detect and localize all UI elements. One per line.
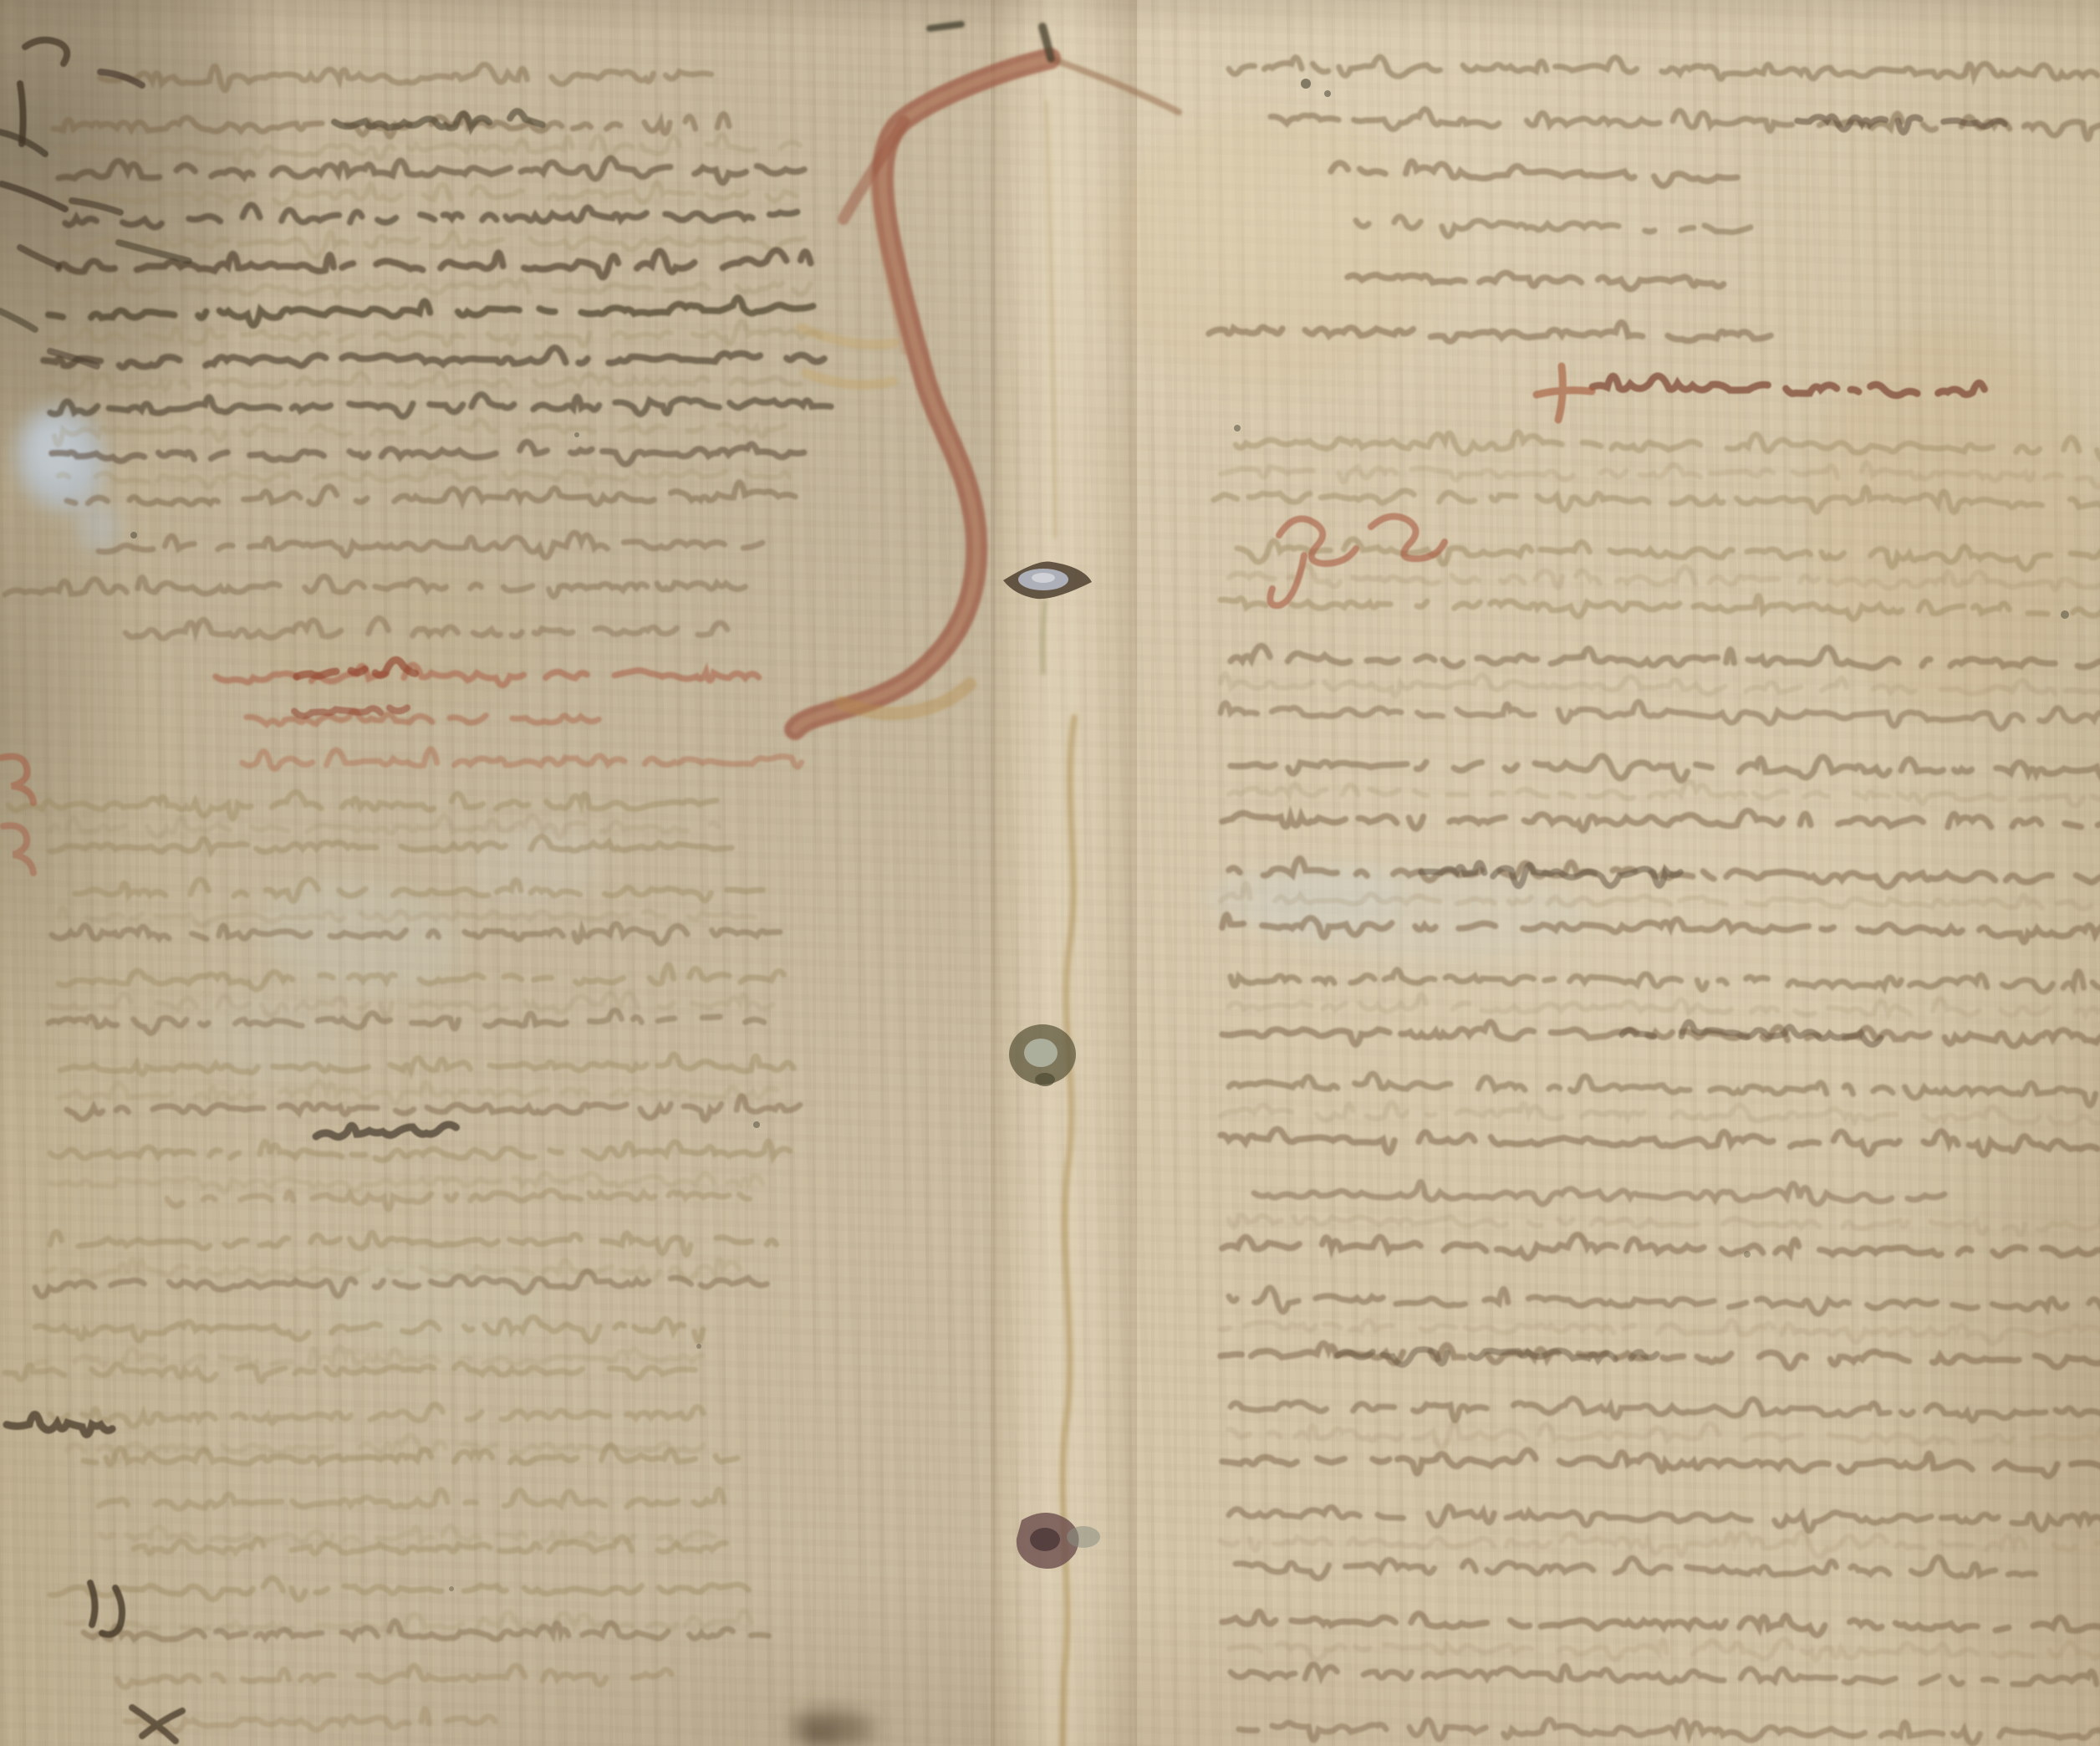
- red-initial-stroke: [1050, 59, 1179, 112]
- ink-speck: [1234, 425, 1241, 431]
- ghost-script-line: [1229, 994, 2100, 1015]
- ghost-script-line: [1221, 1102, 2100, 1124]
- script-line: [1231, 970, 2100, 992]
- manuscript-photo: Photograph of an opened ancient parchmen…: [0, 0, 2100, 1746]
- script-line: [117, 1666, 671, 1687]
- corner-mark: [25, 40, 67, 64]
- ink-speck: [449, 1586, 454, 1591]
- ghost-script-line: [59, 135, 800, 162]
- script-line: [1222, 1022, 2100, 1046]
- red-initial-stroke: [801, 328, 895, 385]
- red-initial-stroke: [930, 24, 961, 28]
- parchment-patch: [77, 502, 120, 552]
- script-line: [1222, 811, 2100, 830]
- corner-mark: [20, 248, 59, 266]
- script-line: [48, 298, 813, 325]
- binding-hole-middle-shadow: [1035, 1073, 1055, 1086]
- corner-mark: [0, 311, 35, 329]
- ghost-script-line: [1221, 1532, 2100, 1556]
- red-initial-stroke: [795, 59, 1050, 729]
- ink-speck: [2061, 610, 2069, 619]
- ghost-script-line: [1229, 1213, 2100, 1234]
- script-line: [167, 1190, 749, 1208]
- ghost-script-line: [1229, 1422, 2100, 1447]
- script-line: [50, 1232, 777, 1254]
- script-line: [67, 1096, 800, 1121]
- ghost-script-line: [50, 1173, 762, 1192]
- ink-speck: [574, 432, 579, 437]
- script-line: [99, 1489, 724, 1509]
- ghost-script-line: [50, 993, 772, 1015]
- script-accent: [1270, 517, 1445, 606]
- script-line: [1229, 57, 2097, 79]
- red-initial: [795, 24, 1179, 729]
- ghost-script-line: [59, 1081, 777, 1103]
- script-line: [50, 1141, 790, 1160]
- ghost-script-line: [54, 278, 810, 295]
- binding-hole-middle-center: [1024, 1039, 1058, 1067]
- script-line: [1236, 1557, 2036, 1579]
- ghost-script-line: [67, 1611, 751, 1635]
- ink-speck: [696, 1344, 701, 1349]
- ghost-script-line: [63, 182, 796, 204]
- script-line: [59, 158, 804, 182]
- binding-hole-bottom-sidepatch: [1067, 1526, 1100, 1548]
- parchment-patch: [1095, 109, 1446, 393]
- ink-speck: [1301, 79, 1311, 89]
- parchment-patch: [1806, 326, 2090, 711]
- ghost-script-line: [54, 420, 785, 445]
- ghost-script-line: [33, 1347, 702, 1365]
- script-line: [1222, 1611, 2100, 1635]
- script-line: [1222, 1450, 2100, 1476]
- script-line: [1229, 1074, 2096, 1105]
- script-accent: [1537, 366, 1592, 420]
- ghost-script-line: [50, 321, 820, 345]
- script-accent: [132, 1708, 182, 1741]
- parchment-patch: [321, 1243, 548, 1366]
- ghost-script-line: [59, 466, 789, 488]
- binding-holes: [1003, 561, 1100, 1569]
- script-accent: [316, 1125, 456, 1137]
- script-line: [50, 1578, 749, 1600]
- script-line: [67, 482, 795, 505]
- script-line: [242, 749, 802, 768]
- script-line: [50, 1405, 703, 1427]
- script-line: [1239, 1719, 2100, 1743]
- script-line: [1254, 1182, 1945, 1204]
- corner-mark: [72, 201, 120, 212]
- gutter-stain: [1042, 602, 1045, 672]
- binding-hole-bottom-core: [1030, 1528, 1060, 1551]
- ink-speck: [1744, 1251, 1751, 1258]
- script-line: [1221, 1129, 2097, 1155]
- script-line: [5, 1364, 696, 1381]
- ghost-script-line: [50, 373, 800, 391]
- script-line: [1229, 1506, 2100, 1531]
- ghost-script-line: [1221, 1320, 2100, 1344]
- ghost-script-line: [1229, 782, 2100, 806]
- script-line: [65, 205, 798, 227]
- ink-speck: [130, 532, 137, 539]
- script-accent: [3, 825, 33, 873]
- ink-speck: [1324, 90, 1331, 97]
- script-line: [50, 837, 731, 852]
- ghost-script-line: [50, 815, 718, 837]
- gutter-stains: [1042, 102, 1074, 1746]
- script-line: [1231, 1664, 2097, 1684]
- script-line: [52, 442, 804, 464]
- binding-hole-top-highlight: [1032, 573, 1055, 583]
- gutter-stain: [1047, 102, 1055, 537]
- script-line: [8, 792, 716, 819]
- corner-mark: [20, 84, 23, 144]
- script-line: [1231, 1398, 2100, 1421]
- script-line: [100, 64, 711, 90]
- script-line: [99, 533, 762, 558]
- script-line: [60, 1054, 793, 1075]
- script-line: [1222, 1235, 2100, 1258]
- script-line: [48, 1010, 764, 1033]
- corner-mark: [2, 184, 65, 209]
- ghost-script-line: [1229, 1639, 2100, 1660]
- script-line: [50, 395, 831, 416]
- script-accent: [2, 757, 33, 804]
- script-line: [43, 348, 824, 367]
- manuscript-ink-overlay: [0, 0, 2100, 1746]
- gutter-stain: [1063, 717, 1074, 1746]
- script-line: [1231, 756, 2100, 780]
- script-line: [1229, 1288, 2100, 1314]
- ink-speck: [753, 1121, 760, 1128]
